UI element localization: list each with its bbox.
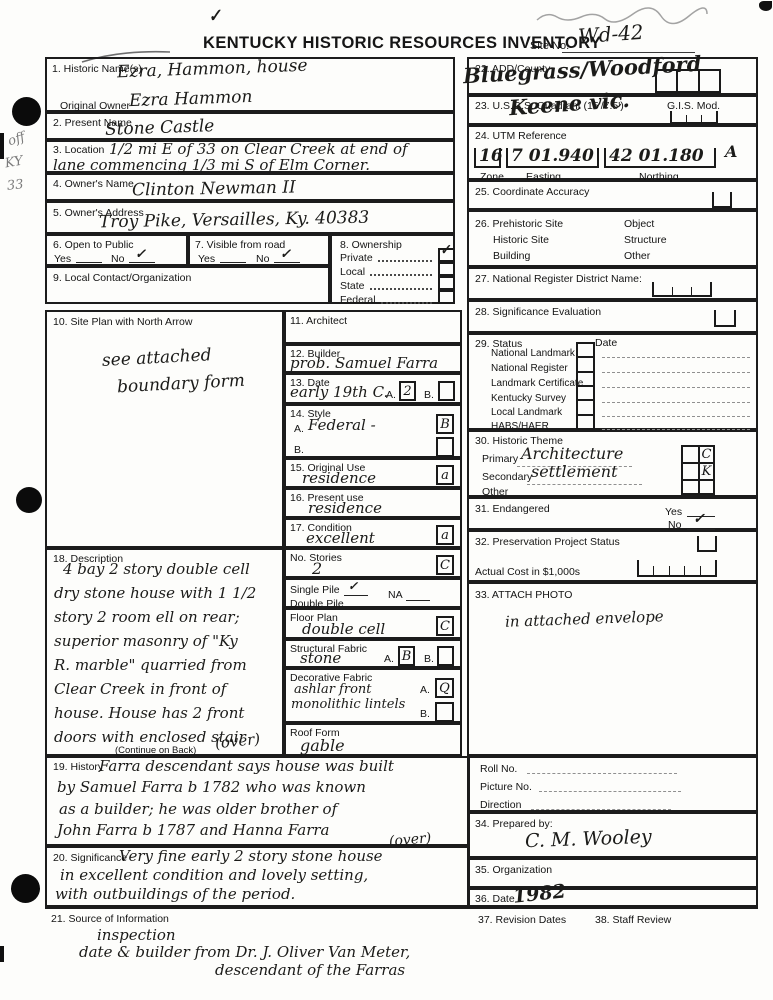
field-1-value: Ezra, Hammon, house <box>117 58 308 82</box>
primary-value: Architecture <box>521 446 623 462</box>
punch-hole <box>11 874 40 903</box>
grid-cell <box>670 566 685 575</box>
ownership-row: State <box>340 279 434 292</box>
stories-value: 2 <box>312 561 322 577</box>
source-line: descendant of the Farras <box>215 963 405 978</box>
historic-site-label: Historic Site <box>493 234 549 246</box>
field-floor-plan: Floor Plan double cell C <box>284 608 462 639</box>
field-10-label: 10. Site Plan with North Arrow <box>53 316 192 328</box>
district-code-boxes <box>652 282 712 297</box>
grid-cell <box>685 566 700 575</box>
federal-checkbox <box>438 290 455 304</box>
field-35-label: 35. Organization <box>475 864 552 876</box>
cost-cell-boxes <box>637 560 717 577</box>
picture-no-line <box>539 790 681 792</box>
field-28-label: 28. Significance Evaluation <box>475 306 601 318</box>
grid-cell <box>654 287 673 295</box>
structure-label: Structure <box>624 234 667 246</box>
field-27-nr-district: 27. National Register District Name: <box>467 267 758 300</box>
date-line <box>602 371 750 373</box>
option-label: Federal <box>340 294 376 306</box>
field-18-description: 18. Description 4 bay 2 story double cel… <box>45 548 284 756</box>
field-4-owners-name: 4. Owner's Name Clinton Newman II <box>45 173 455 201</box>
dot-leader <box>370 287 432 290</box>
primary-label: Primary <box>482 453 518 465</box>
description-line: Clear Creek in front of <box>54 682 226 697</box>
grid-cell <box>702 115 716 122</box>
history-line: Farra descendant says house was built <box>99 759 394 774</box>
a-label: A. <box>386 389 396 401</box>
field-12-value: prob. Samuel Farra <box>290 356 438 371</box>
date-line <box>602 415 750 417</box>
field-13-date: 13. Date early 19th C. A. 2 B. <box>284 373 462 404</box>
state-checkbox <box>438 276 455 290</box>
grid-cell <box>578 416 593 428</box>
field-3-line1: 1/2 mi E of 33 on Clear Creek at end of <box>109 142 408 157</box>
single-pile-checkmark: ✓ <box>348 580 358 592</box>
date-b-codebox <box>438 381 455 401</box>
history-line: by Samuel Farra b 1782 who was known <box>57 780 366 795</box>
dot-leader <box>381 301 432 304</box>
no-label: No <box>111 253 124 265</box>
ownership-row: Local <box>340 265 434 278</box>
grid-cell <box>698 479 713 493</box>
field-19-history: 19. History Farra descendant says house … <box>45 756 470 846</box>
field-24-utm-reference: 24. UTM Reference 16 7 01.940 42 01.180 … <box>467 125 758 180</box>
scanned-inventory-form: KENTUCKY HISTORIC RESOURCES INVENTORY Si… <box>0 0 773 1000</box>
evaluation-box <box>714 310 736 327</box>
field-23-value: Keene vic. <box>508 89 630 118</box>
zone-value: 16 <box>479 148 503 165</box>
field-32-preservation-status: 32. Preservation Project Status Actual C… <box>467 530 758 582</box>
grid-cell <box>578 344 593 358</box>
na-label: NA <box>388 589 403 601</box>
date-column-label: Date <box>595 337 617 349</box>
margin-note: off <box>6 131 26 149</box>
field-15-original-use: 15. Original Use residence a <box>284 458 462 488</box>
dot-leader <box>370 273 432 276</box>
field-33-value: in attached envelope <box>505 609 664 630</box>
gis-mod-boxes <box>670 111 718 124</box>
grid-cell <box>654 566 669 575</box>
code-letter: C <box>440 558 450 573</box>
field-35-organization: 35. Organization <box>467 858 758 888</box>
field-roof-form: Roof Form gable <box>284 723 462 756</box>
grid-cell: C <box>698 447 713 462</box>
field-3-line2: lane commencing 1/3 mi S of Elm Corner. <box>53 158 370 173</box>
style-a-codebox: B <box>436 414 454 434</box>
field-23-usgs-quadrant: 23. U.S.G.S. Quadrant (15'/7.5') G.I.S. … <box>467 95 758 125</box>
status-item: National Register <box>491 363 568 375</box>
status-item: National Landmark <box>491 348 575 360</box>
decorative-line1: ashlar front <box>294 683 372 696</box>
grid-cell <box>683 479 698 493</box>
description-line: house. House has 2 front <box>54 706 244 721</box>
field-36-date: 36. Date 1982 <box>467 888 758 907</box>
field-7-visible-from-road: 7. Visible from road Yes No ✓ <box>188 234 330 266</box>
field-1-historic-names: 1. Historic Name(s) Ezra, Hammon, house … <box>45 57 455 112</box>
b-label: B. <box>420 708 430 720</box>
status-item: Landmark Certificate <box>491 378 583 390</box>
field-33-attach-photo: 33. ATTACH PHOTO in attached envelope <box>467 582 758 756</box>
style-b-codebox <box>436 437 454 457</box>
yes-label: Yes <box>54 253 71 265</box>
field-31-label: 31. Endangered <box>475 503 550 515</box>
dot-leader <box>378 259 432 262</box>
field-8-label: 8. Ownership <box>340 239 402 251</box>
date-line <box>602 356 750 358</box>
status-item: Kentucky Survey <box>491 393 566 405</box>
field-2-present-name: 2. Present Name Stone Castle <box>45 112 455 140</box>
field-10-line2: boundary form <box>117 373 246 397</box>
field-38-label: 38. Staff Review <box>595 914 671 926</box>
secondary-value: settlement <box>531 464 618 480</box>
field-27-label: 27. National Register District Name: <box>475 273 642 285</box>
field-11-label: 11. Architect <box>290 315 347 327</box>
other-label: Other <box>624 250 650 262</box>
field-24-label: 24. UTM Reference <box>475 130 567 142</box>
option-label: State <box>340 280 365 292</box>
field-25-label: 25. Coordinate Accuracy <box>475 186 589 198</box>
ownership-row: Private <box>340 251 434 264</box>
a-label: A. <box>384 653 394 665</box>
object-label: Object <box>624 218 654 230</box>
secondary-line <box>527 483 642 485</box>
significance-line: Very fine early 2 story stone house <box>119 849 383 864</box>
field-13-value: early 19th C. <box>290 385 388 400</box>
grid-cell <box>639 566 654 575</box>
decorative-b-codebox <box>435 702 454 722</box>
field-37-label: 37. Revision Dates <box>478 914 566 926</box>
field-5-owners-address: 5. Owner's Address Troy Pike, Versailles… <box>45 201 455 234</box>
over-note: (over) <box>214 732 261 752</box>
roof-form-value: gable <box>300 738 345 754</box>
local-checkbox <box>438 262 455 276</box>
field-36-value: 1982 <box>512 882 567 906</box>
date-line <box>602 386 750 388</box>
grid-cell <box>701 566 715 575</box>
grid-cell <box>687 115 702 122</box>
field-16-present-use: 16. Present use residence <box>284 488 462 518</box>
photo-info-box: Roll No. Picture No. Direction <box>467 756 758 812</box>
pencil-scribble <box>532 6 712 28</box>
field-30-historic-theme: 30. Historic Theme Primary Architecture … <box>467 430 758 497</box>
field-34-label: 34. Prepared by: <box>475 818 553 830</box>
history-line: as a builder; he was older brother of <box>59 802 337 817</box>
structural-fabric-value: stone <box>300 651 341 666</box>
field-36-label: 36. Date <box>475 893 515 905</box>
na-blank <box>406 590 430 601</box>
building-label: Building <box>493 250 530 262</box>
code-letter: Q <box>439 681 450 696</box>
history-line: John Farra b 1787 and Hanna Farra <box>57 823 329 838</box>
field-14-style: 14. Style A. Federal - B B. <box>284 404 462 458</box>
original-owner-value: Ezra Hammon <box>129 89 253 110</box>
scan-edge-mark <box>0 946 4 962</box>
source-line: inspection <box>97 928 176 943</box>
structural-b-codebox <box>437 646 454 666</box>
condition-codebox: a <box>436 525 454 545</box>
field-2-value: Stone Castle <box>105 118 215 139</box>
code-letter: B <box>440 417 450 432</box>
grid-cell <box>700 71 719 91</box>
grid-cell <box>578 358 593 372</box>
description-line: 4 bay 2 story double cell <box>63 562 250 577</box>
direction-line <box>531 808 671 810</box>
scan-artifact <box>759 1 772 11</box>
field-21-label: 21. Source of Information <box>51 913 169 925</box>
single-pile-label: Single Pile <box>290 584 340 596</box>
significance-line: with outbuildings of the period. <box>55 887 295 902</box>
picture-no-label: Picture No. <box>480 781 532 793</box>
field-16-value: residence <box>308 501 382 516</box>
ownership-row: Federal <box>340 293 434 306</box>
punch-hole <box>12 97 41 126</box>
code-letter: 2 <box>403 384 411 399</box>
field-pile: Single Pile ✓ NA Double Pile <box>284 578 462 608</box>
yes-blank <box>76 252 102 263</box>
easting-value: 7 01.940 <box>511 148 594 165</box>
option-label: Local <box>340 266 365 278</box>
significance-line: in excellent condition and lovely settin… <box>60 868 368 883</box>
field-25-coordinate-accuracy: 25. Coordinate Accuracy <box>467 180 758 210</box>
scan-edge-mark <box>0 133 4 159</box>
option-label: Private <box>340 252 373 264</box>
field-20-significance: 20. Significance Very fine early 2 story… <box>45 846 470 907</box>
original-owner-label: Original Owner <box>60 100 130 112</box>
field-structural-fabric: Structural Fabric stone A. B B. <box>284 639 462 668</box>
description-line: dry stone house with 1 1/2 <box>54 586 256 601</box>
field-5-value: Troy Pike, Versailles, Ky. 40383 <box>99 210 370 232</box>
field-31-endangered: 31. Endangered Yes No ✓ <box>467 497 758 530</box>
field-9-local-contact: 9. Local Contact/Organization <box>45 266 330 304</box>
yes-label: Yes <box>665 506 682 518</box>
no-checkmark: ✓ <box>693 512 705 526</box>
field-37-38-row: 37. Revision Dates 38. Staff Review <box>467 907 758 967</box>
code-letter: B <box>402 649 412 664</box>
field-3-label: 3. Location <box>53 144 104 156</box>
floor-plan-codebox: C <box>436 616 454 636</box>
field-34-value: C. M. Wooley <box>525 828 652 851</box>
field-6-label: 6. Open to Public <box>53 239 134 251</box>
floor-plan-value: double cell <box>302 622 385 637</box>
field-15-value: residence <box>302 471 376 486</box>
decorative-a-codebox: Q <box>435 678 454 698</box>
no-checkmark: ✓ <box>135 248 146 261</box>
direction-label: Direction <box>480 799 521 811</box>
field-stories: No. Stories 2 C <box>284 548 462 578</box>
private-checkmark: ✓ <box>439 243 452 257</box>
status-box <box>697 536 717 552</box>
b-label: B. <box>424 653 434 665</box>
field-29-status: 29. Status Date National Landmark Nation… <box>467 333 758 430</box>
grid-cell <box>683 462 698 479</box>
field-17-value: excellent <box>306 531 375 546</box>
grid-cell <box>578 401 593 415</box>
secondary-label: Secondary <box>482 471 532 483</box>
description-line: superior masonry of "Ky <box>54 634 238 649</box>
field-10-line1: see attached <box>102 347 212 370</box>
date-line <box>602 401 750 403</box>
structural-a-codebox: B <box>398 646 415 666</box>
margin-note: 33 <box>6 178 24 193</box>
code-letter: a <box>441 528 449 543</box>
prehistoric-site-label: 26. Prehistoric Site <box>475 218 563 230</box>
style-a-value: Federal - <box>308 418 376 433</box>
description-line: R. marble" quarried from <box>54 658 247 673</box>
status-item: Local Landmark <box>491 407 562 419</box>
decorative-line2: monolithic lintels <box>291 698 405 711</box>
roll-no-label: Roll No. <box>480 763 517 775</box>
margin-note: KY <box>4 155 24 171</box>
field-6-open-to-public: 6. Open to Public Yes No ✓ <box>45 234 188 266</box>
no-label: No <box>256 253 269 265</box>
northing-value: 42 01.180 <box>609 148 704 165</box>
field-11-architect: 11. Architect <box>284 310 462 344</box>
field-9-label: 9. Local Contact/Organization <box>53 272 191 284</box>
no-checkmark: ✓ <box>280 248 291 261</box>
roll-no-line <box>527 772 677 774</box>
yes-label: Yes <box>198 253 215 265</box>
pencil-checkmark: ✓ <box>207 7 223 25</box>
actual-cost-label: Actual Cost in $1,000s <box>475 566 580 578</box>
field-4-label: 4. Owner's Name <box>53 178 134 190</box>
field-26-site-type: 26. Prehistoric Site Historic Site Build… <box>467 210 758 267</box>
accuracy-box <box>712 192 732 208</box>
grid-cell <box>692 287 710 295</box>
a-label: A. <box>420 684 430 696</box>
field-3-location: 3. Location 1/2 mi E of 33 on Clear Cree… <box>45 140 455 173</box>
field-10-site-plan: 10. Site Plan with North Arrow see attac… <box>45 310 284 548</box>
original-use-codebox: a <box>436 465 454 485</box>
field-34-prepared-by: 34. Prepared by: C. M. Wooley <box>467 812 758 858</box>
grid-cell <box>683 447 698 462</box>
code-letter: a <box>441 468 449 483</box>
grid-cell: K <box>698 462 713 479</box>
field-17-condition: 17. Condition excellent a <box>284 518 462 548</box>
field-21-source: 21. Source of Information inspection dat… <box>45 907 470 997</box>
utm-suffix: A <box>725 144 737 160</box>
yes-blank <box>220 252 246 263</box>
field-32-label: 32. Preservation Project Status <box>475 536 620 548</box>
field-8-ownership: 8. Ownership Private Local State Federal… <box>330 234 455 304</box>
date-a-codebox: 2 <box>399 381 416 401</box>
field-7-label: 7. Visible from road <box>195 239 285 251</box>
field-12-builder: 12. Builder prob. Samuel Farra <box>284 344 462 373</box>
source-line: date & builder from Dr. J. Oliver Van Me… <box>79 945 410 960</box>
field-19-label: 19. History <box>53 761 103 773</box>
field-33-label: 33. ATTACH PHOTO <box>475 589 572 601</box>
a-label: A. <box>294 423 304 435</box>
field-4-value: Clinton Newman II <box>132 180 296 200</box>
grid-cell <box>672 115 687 122</box>
punch-hole <box>16 487 42 513</box>
field-28-significance-evaluation: 28. Significance Evaluation <box>467 300 758 333</box>
field-decorative-fabric: Decorative Fabric ashlar front monolithi… <box>284 668 462 723</box>
code-letter: C <box>440 619 450 634</box>
b-label: B. <box>424 389 434 401</box>
description-line: story 2 room ell on rear; <box>54 610 240 625</box>
field-20-label: 20. Significance <box>53 852 127 864</box>
theme-code-grid: C K <box>681 445 715 495</box>
stories-codebox: C <box>436 555 454 575</box>
b-label: B. <box>294 444 304 456</box>
grid-cell <box>673 287 692 295</box>
